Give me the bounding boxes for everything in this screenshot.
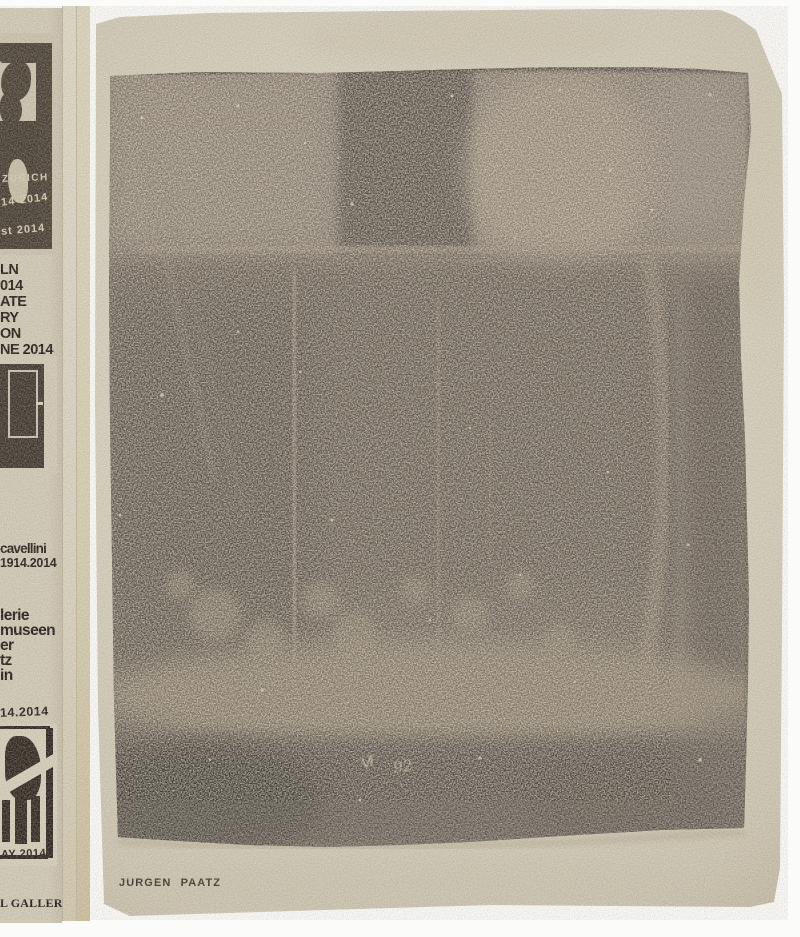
deckle-edge-band: [76, 6, 90, 921]
headline-fragment: RY: [0, 310, 62, 326]
white-frame-outline: [8, 370, 38, 438]
gallery-name-fragment: L GALLERY: [0, 896, 62, 911]
cavellini-title-block: cavellini 1914.2014: [0, 541, 62, 570]
deckle-edge-band: [62, 6, 77, 921]
poster-zurich-border-bar: [36, 43, 52, 249]
cavellini-name: cavellini: [0, 541, 62, 556]
poster-may-border: [46, 728, 53, 858]
headline-fragment: ON: [0, 326, 62, 342]
poster-zurich: ZURICH 14-2014 st 2014: [0, 33, 57, 255]
poster-zurich-title: ZURICH: [2, 172, 49, 185]
headline-fragment-block: LN 014 ATE RY ON NE 2014: [0, 262, 62, 358]
catalog-page: 92 JURGEN PAATZ: [90, 8, 786, 920]
headline-fragment: 014: [0, 278, 62, 294]
cavellini-dates: 1914.2014: [0, 556, 62, 570]
artwork-photo: 92: [93, 53, 765, 855]
address-fragment: er: [0, 638, 62, 653]
address-fragment-block: lerie museen er tz in: [0, 608, 62, 683]
white-frame-tick: [36, 402, 43, 405]
poster-may-2014: AY 2014: [0, 724, 57, 866]
poster-black-square: [0, 356, 57, 474]
address-fragment: museen: [0, 623, 62, 638]
address-fragment: tz: [0, 653, 62, 668]
left-page-strip: ZURICH 14-2014 st 2014 LN 014 ATE RY ON …: [0, 8, 62, 923]
stencil-date-fragment: 14.2014: [0, 704, 49, 720]
book-photo: { "colors": { "backdrop": "#fbfbf9", "pa…: [0, 0, 800, 937]
address-fragment: lerie: [0, 608, 62, 623]
fabric-artwork: 92: [93, 53, 765, 855]
page-gutter-edges: [62, 6, 90, 921]
artist-caption: JURGEN PAATZ: [119, 877, 221, 889]
poster-may-figure-bar: [31, 796, 40, 842]
paper-stain: [150, 856, 710, 916]
poster-may-border: [0, 726, 50, 729]
address-fragment: in: [0, 668, 62, 683]
headline-fragment: LN: [0, 262, 62, 278]
poster-may-figure-bar: [15, 792, 27, 844]
headline-fragment: ATE: [0, 294, 62, 310]
poster-may-caption: AY 2014: [1, 847, 47, 861]
poster-may-figure-bar: [2, 800, 10, 842]
